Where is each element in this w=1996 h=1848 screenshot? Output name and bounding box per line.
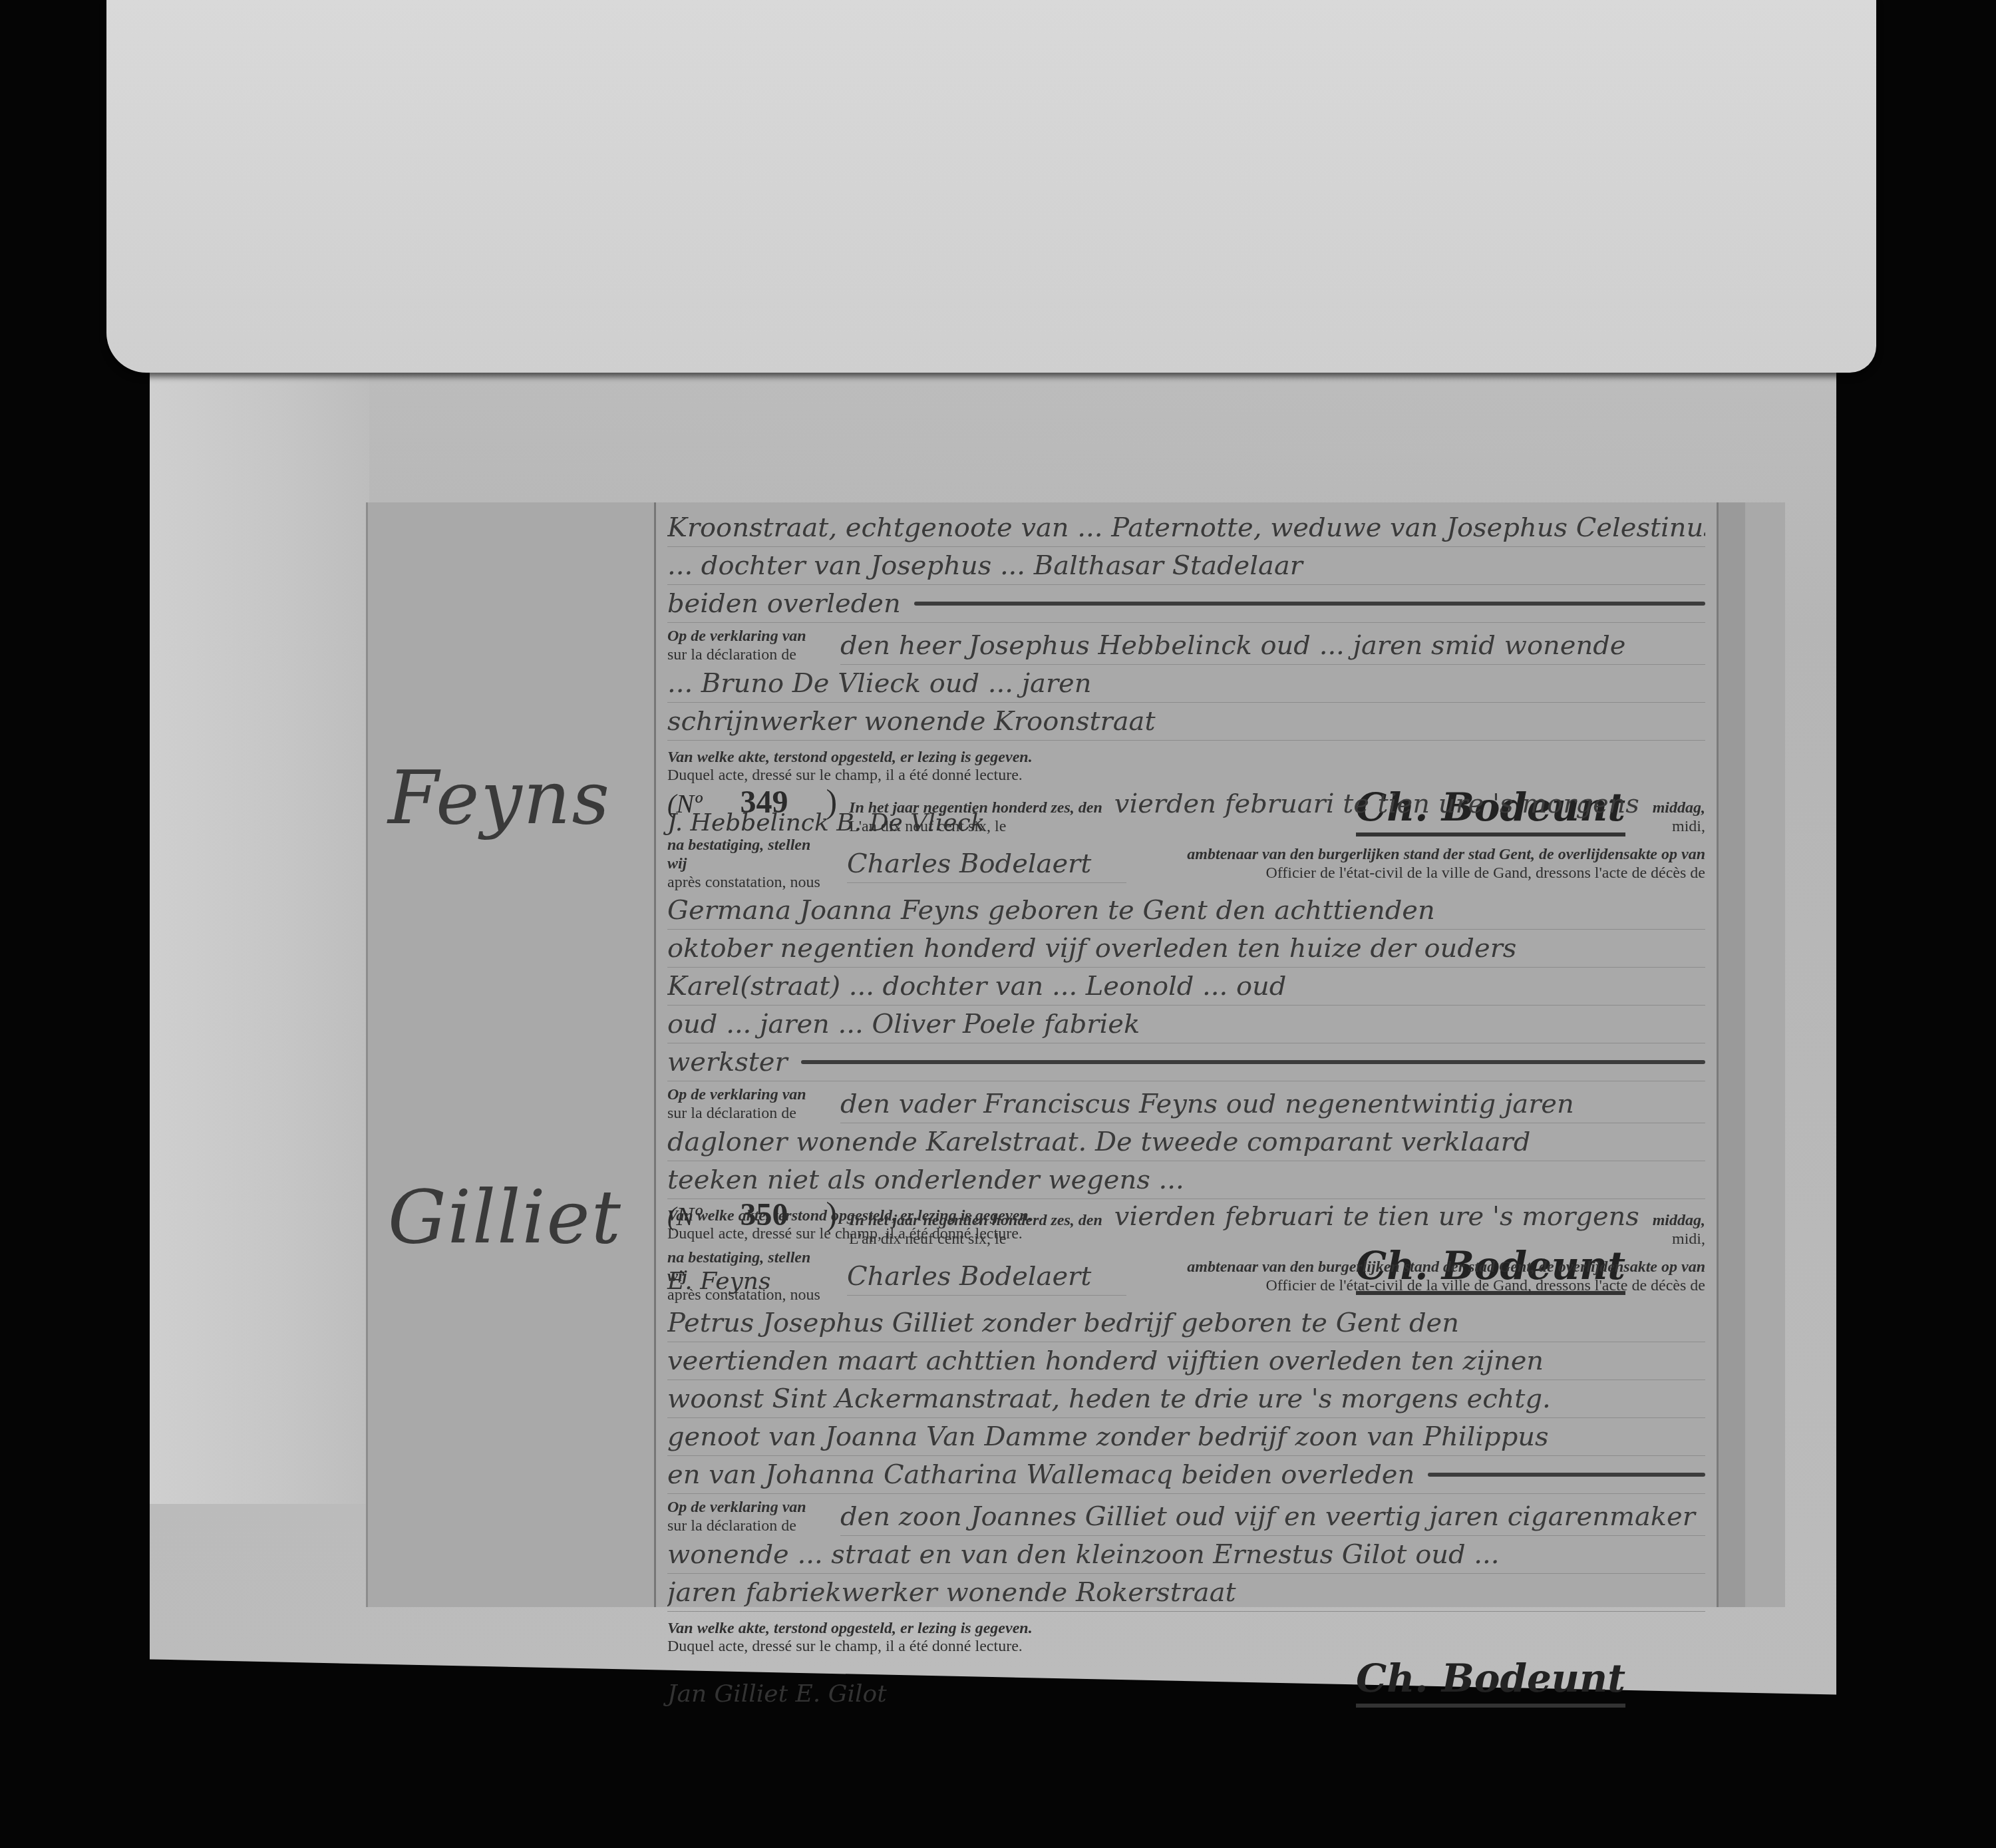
decl-line-1: den zoon Joannes Gilliet oud vijf en vee… <box>840 1498 1705 1536</box>
entries-column: Kroonstraat, echtgenoote van ... Paterno… <box>667 502 1745 1607</box>
printed-year-nl: In het jaar negentien honderd zes, den <box>849 1211 1102 1230</box>
printed-midi: midi, <box>1653 1230 1705 1248</box>
body-line-3: Karel(straat) ... dochter van ... Leonol… <box>667 968 1705 1006</box>
number-label: (Nº <box>667 1201 702 1232</box>
printed-office-fr: Officier de l'état-civil de la ville de … <box>1140 864 1705 882</box>
officer-signature: Ch. Bodeunt <box>1356 1656 1625 1708</box>
declaration-label-nl: Op de verklaring van <box>667 1498 827 1517</box>
body-line-4: genoot van Joanna Van Damme zonder bedri… <box>667 1418 1705 1456</box>
declaration-label-fr: sur la déclaration de <box>667 646 827 664</box>
body-line-1: Petrus Josephus Gilliet zonder bedrijf g… <box>667 1304 1705 1342</box>
printed-constat-fr: après constatation, nous <box>667 1286 834 1304</box>
officer-handwritten: Charles Bodelaert <box>847 1258 1126 1296</box>
number-label: (Nº <box>667 788 702 819</box>
declaration-label-nl: Op de verklaring van <box>667 627 827 646</box>
margin-surname-record-350: Gilliet <box>388 1175 622 1260</box>
record-number: 349 <box>714 784 814 821</box>
body-line-5: werkster <box>667 1043 1705 1081</box>
decl-line-2: dagloner wonende Karelstraat. De tweede … <box>667 1123 1705 1161</box>
printed-year-fr: L'an dix neuf cent six, le <box>849 1230 1102 1248</box>
closing-fr: Duquel acte, dressé sur le champ, il a é… <box>667 1638 1705 1656</box>
closing-nl: Van welke akte, terstond opgesteld, er l… <box>667 1620 1705 1638</box>
printed-office-nl: ambtenaar van den burgerlijken stand der… <box>1140 1258 1705 1276</box>
witness-signatures: Jan Gilliet E. Gilot <box>667 1680 887 1708</box>
decl-line-3: jaren fabriekwerker wonende Rokerstraat <box>667 1574 1705 1612</box>
body-line-5-text: en van Johanna Catharina Wallemacq beide… <box>667 1456 1414 1493</box>
prev-decl-line-3: schrijnwerker wonende Kroonstraat <box>667 703 1705 741</box>
declaration-label: Op de verklaring van sur la déclaration … <box>667 627 827 664</box>
body-line-5-text: werkster <box>667 1043 788 1081</box>
margin-column: Feyns Gilliet <box>368 502 656 1607</box>
body-line-1: Germana Joanna Feyns geboren te Gent den… <box>667 892 1705 930</box>
body-line-2: oktober negentien honderd vijf overleden… <box>667 930 1705 968</box>
prev-decl-line-2: ... Bruno De Vlieck oud ... jaren <box>667 665 1705 703</box>
declaration-label-fr: sur la déclaration de <box>667 1517 827 1535</box>
fill-rule <box>801 1060 1705 1064</box>
printed-year-fr: L'an dix neuf cent six, le <box>849 817 1102 836</box>
right-margin-rule <box>1717 502 1745 1607</box>
signatures: Jan Gilliet E. Gilot Ch. Bodeunt <box>667 1656 1705 1708</box>
printed-midday: middag, <box>1653 799 1705 817</box>
record-350: (Nº 350 ) In het jaar negentien honderd … <box>667 1195 1705 1708</box>
printed-midday: middag, <box>1653 1211 1705 1230</box>
decl-line-1: den vader Franciscus Feyns oud negenentw… <box>840 1085 1705 1123</box>
prev-line-2: ... dochter van Josephus ... Balthasar S… <box>667 547 1705 585</box>
body-line-3: woonst Sint Ackermanstraat, heden te dri… <box>667 1380 1705 1418</box>
declaration: Op de verklaring van sur la déclaration … <box>667 1498 1705 1536</box>
printed-constat-fr: après constatation, nous <box>667 873 834 892</box>
prev-decl-line-1: den heer Josephus Hebbelinck oud ... jar… <box>840 627 1705 665</box>
body-line-5: en van Johanna Catharina Wallemacq beide… <box>667 1456 1705 1494</box>
left-page-edge <box>150 373 369 1504</box>
prev-declaration: Op de verklaring van sur la déclaration … <box>667 627 1705 665</box>
officer-handwritten: Charles Bodelaert <box>847 845 1126 883</box>
decl-line-2: wonende ... straat en van den kleinzoon … <box>667 1536 1705 1574</box>
fill-rule <box>914 602 1705 606</box>
printed-office-fr: Officier de l'état-civil de la ville de … <box>1140 1276 1705 1295</box>
declaration-label-fr: sur la déclaration de <box>667 1104 827 1123</box>
printed-constat-nl: na bestatiging, stellen wij <box>667 1248 834 1286</box>
declaration-label-nl: Op de verklaring van <box>667 1085 827 1104</box>
margin-surname-record-349: Feyns <box>388 755 611 840</box>
officer-line: na bestatiging, stellen wij après consta… <box>667 836 1705 892</box>
printed-constat-nl: na bestatiging, stellen wij <box>667 836 834 873</box>
record-header: (Nº 349 ) In het jaar negentien honderd … <box>667 782 1705 836</box>
prev-line-3-text: beiden overleden <box>667 585 901 622</box>
date-handwritten: vierden februari te tien ure 's morgens <box>1114 785 1641 823</box>
folded-upper-page <box>106 0 1876 373</box>
record-header: (Nº 350 ) In het jaar negentien honderd … <box>667 1195 1705 1248</box>
closing-nl: Van welke akte, terstond opgesteld, er l… <box>667 749 1705 767</box>
declaration-label: Op de verklaring van sur la déclaration … <box>667 1498 827 1535</box>
printed-midi: midi, <box>1653 817 1705 836</box>
printed-office-nl: ambtenaar van den burgerlijken stand der… <box>1140 845 1705 864</box>
body-line-2: veertienden maart achttien honderd vijft… <box>667 1342 1705 1380</box>
body-line-4: oud ... jaren ... Oliver Poele fabriek <box>667 1006 1705 1043</box>
decl-line-3: teeken niet als onderlender wegens ... <box>667 1161 1705 1199</box>
declaration-label: Op de verklaring van sur la déclaration … <box>667 1085 827 1123</box>
prev-line-3: beiden overleden <box>667 585 1705 623</box>
fill-rule <box>1428 1473 1705 1477</box>
declaration: Op de verklaring van sur la déclaration … <box>667 1085 1705 1123</box>
date-handwritten: vierden februari te tien ure 's morgens <box>1114 1198 1641 1235</box>
register-page: Feyns Gilliet Kroonstraat, echtgenoote v… <box>366 502 1785 1607</box>
printed-year-nl: In het jaar negentien honderd zes, den <box>849 799 1102 817</box>
officer-line: na bestatiging, stellen wij après consta… <box>667 1248 1705 1304</box>
record-number: 350 <box>714 1197 814 1233</box>
prev-line-1: Kroonstraat, echtgenoote van ... Paterno… <box>667 509 1705 547</box>
